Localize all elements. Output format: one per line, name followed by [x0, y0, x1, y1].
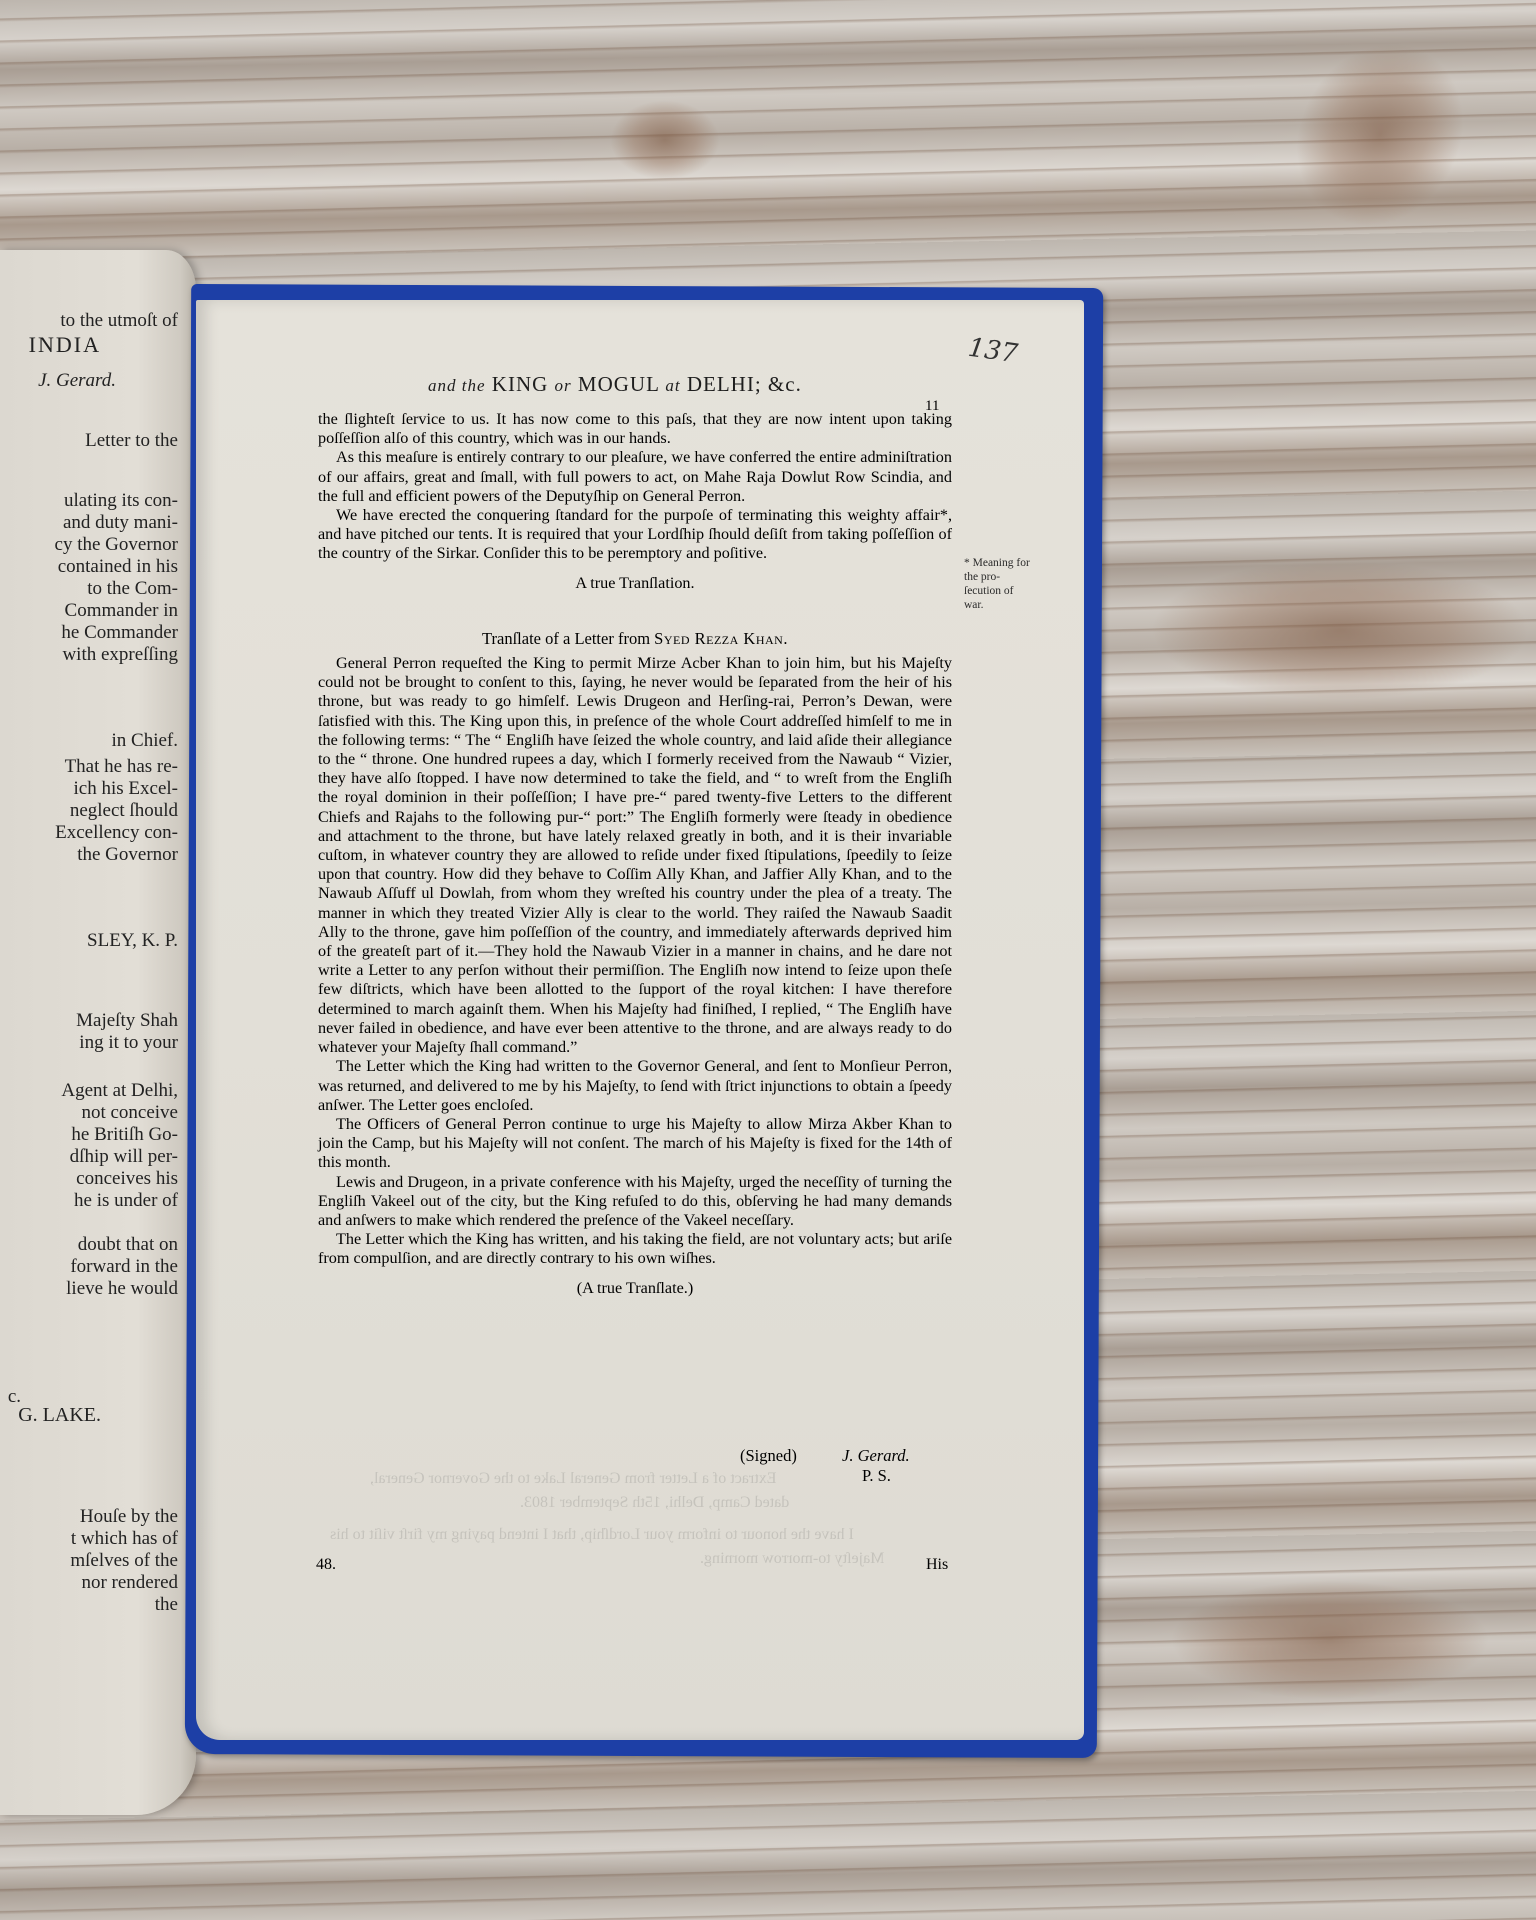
left-page-line: Majeſty Shah: [76, 1010, 178, 1032]
left-page-line: Houſe by the: [80, 1506, 178, 1528]
running-head-delhi: DELHI; &c.: [687, 372, 802, 396]
left-page-line: with expreſſing: [62, 644, 178, 666]
running-head-or: or: [555, 376, 572, 395]
left-page-line: doubt that on: [78, 1234, 178, 1256]
show-through-line: Extract of a Letter from General Lake to…: [370, 1470, 776, 1488]
running-head: and the KING or MOGUL at DELHI; &c.: [428, 372, 802, 397]
margin-footnote: * Meaning for the pro-ſecution of war.: [964, 556, 1034, 612]
paragraph: As this meaſure is entirely contrary to …: [318, 448, 952, 506]
wood-knot: [610, 100, 720, 180]
left-page-line: cy the Governor: [55, 534, 178, 556]
letter-heading: Tranſlate of a Letter from Syed Rezza Kh…: [318, 629, 952, 648]
show-through-line: Majeſty to-morrow morning.: [700, 1550, 884, 1568]
left-page: INDIAto the utmoſt ofJ. Gerard.Letter to…: [0, 250, 196, 1815]
letter-heading-prefix: Tranſlate of a Letter from: [482, 629, 650, 648]
wood-knot: [1150, 560, 1530, 700]
running-head-prefix: and the: [428, 376, 486, 395]
show-through-line: dated Camp, Delhi, 15th September 1803.: [520, 1494, 789, 1512]
paragraph: the ſlighteſt ſervice to us. It has now …: [318, 410, 952, 448]
true-translation-note: A true Tranſlation.: [318, 574, 952, 593]
running-head-mogul: MOGUL: [578, 372, 659, 396]
paragraph: The Officers of General Perron continue …: [318, 1115, 952, 1173]
running-head-at: at: [665, 376, 680, 395]
left-page-line: J. Gerard.: [38, 370, 116, 392]
left-page-line: in Chief.: [112, 730, 179, 752]
left-page-line: Excellency con-: [55, 822, 178, 844]
left-page-line: he Commander: [61, 622, 178, 644]
running-head-king: KING: [492, 372, 549, 396]
paragraph: The Letter which the King has written, a…: [318, 1230, 952, 1268]
true-translate-note: (A true Tranſlate.): [318, 1279, 952, 1298]
left-page-line: G. LAKE.: [18, 1404, 101, 1427]
left-page-line: Letter to the: [85, 430, 178, 452]
left-page-line: nor rendered: [81, 1572, 178, 1594]
left-page-line: the: [155, 1594, 178, 1616]
left-page-line: lieve he would: [66, 1278, 178, 1300]
body-text: the ſlighteſt ſervice to us. It has now …: [318, 410, 952, 1308]
postscript-initials: P. S.: [862, 1466, 891, 1486]
left-page-line: That he has re-: [65, 756, 178, 778]
left-page-line: ing it to your: [79, 1032, 178, 1054]
left-page-line: Commander in: [65, 600, 178, 622]
left-page-line: and duty mani-: [63, 512, 178, 534]
left-page-line: to the utmoſt of: [60, 310, 178, 332]
left-page-line: the Governor: [77, 844, 178, 866]
left-page-line: SLEY, K. P.: [87, 930, 178, 952]
signature: J. Gerard.: [842, 1446, 910, 1466]
left-page-line: conceives his: [76, 1168, 178, 1190]
left-page-line: mſelves of the: [70, 1550, 178, 1572]
left-page-line: dſhip will per-: [70, 1146, 178, 1168]
signature-mark: 48.: [316, 1556, 336, 1574]
left-page-line: to the Com-: [87, 578, 178, 600]
left-page-line: neglect ſhould: [70, 800, 178, 822]
left-page-line: he is under of: [74, 1190, 178, 1212]
left-page-line: Agent at Delhi,: [61, 1080, 178, 1102]
left-page-line: contained in his: [58, 556, 178, 578]
left-page-line: ulating its con-: [64, 490, 178, 512]
catchword: His: [926, 1556, 948, 1574]
paragraph: General Perron requeſted the King to per…: [318, 654, 952, 1057]
paragraph: We have erected the conquering ſtandard …: [318, 506, 952, 564]
wood-knot: [1170, 1580, 1490, 1700]
paragraph: Lewis and Drugeon, in a private conferen…: [318, 1173, 952, 1231]
show-through-line: I have the honour to inform your Lordſhi…: [330, 1526, 854, 1544]
signed-label: (Signed): [740, 1446, 797, 1466]
wood-knot: [1263, 13, 1497, 258]
left-page-line: he Britiſh Go-: [71, 1124, 178, 1146]
paragraph: The Letter which the King had written to…: [318, 1057, 952, 1115]
left-page-line: not conceive: [81, 1102, 178, 1124]
left-page-line: INDIA: [29, 332, 101, 358]
left-page-line: ich his Excel-: [74, 778, 178, 800]
letter-heading-name: Syed Rezza Khan.: [654, 629, 788, 648]
left-page-line: forward in the: [70, 1256, 178, 1278]
left-page-line: t which has of: [71, 1528, 178, 1550]
